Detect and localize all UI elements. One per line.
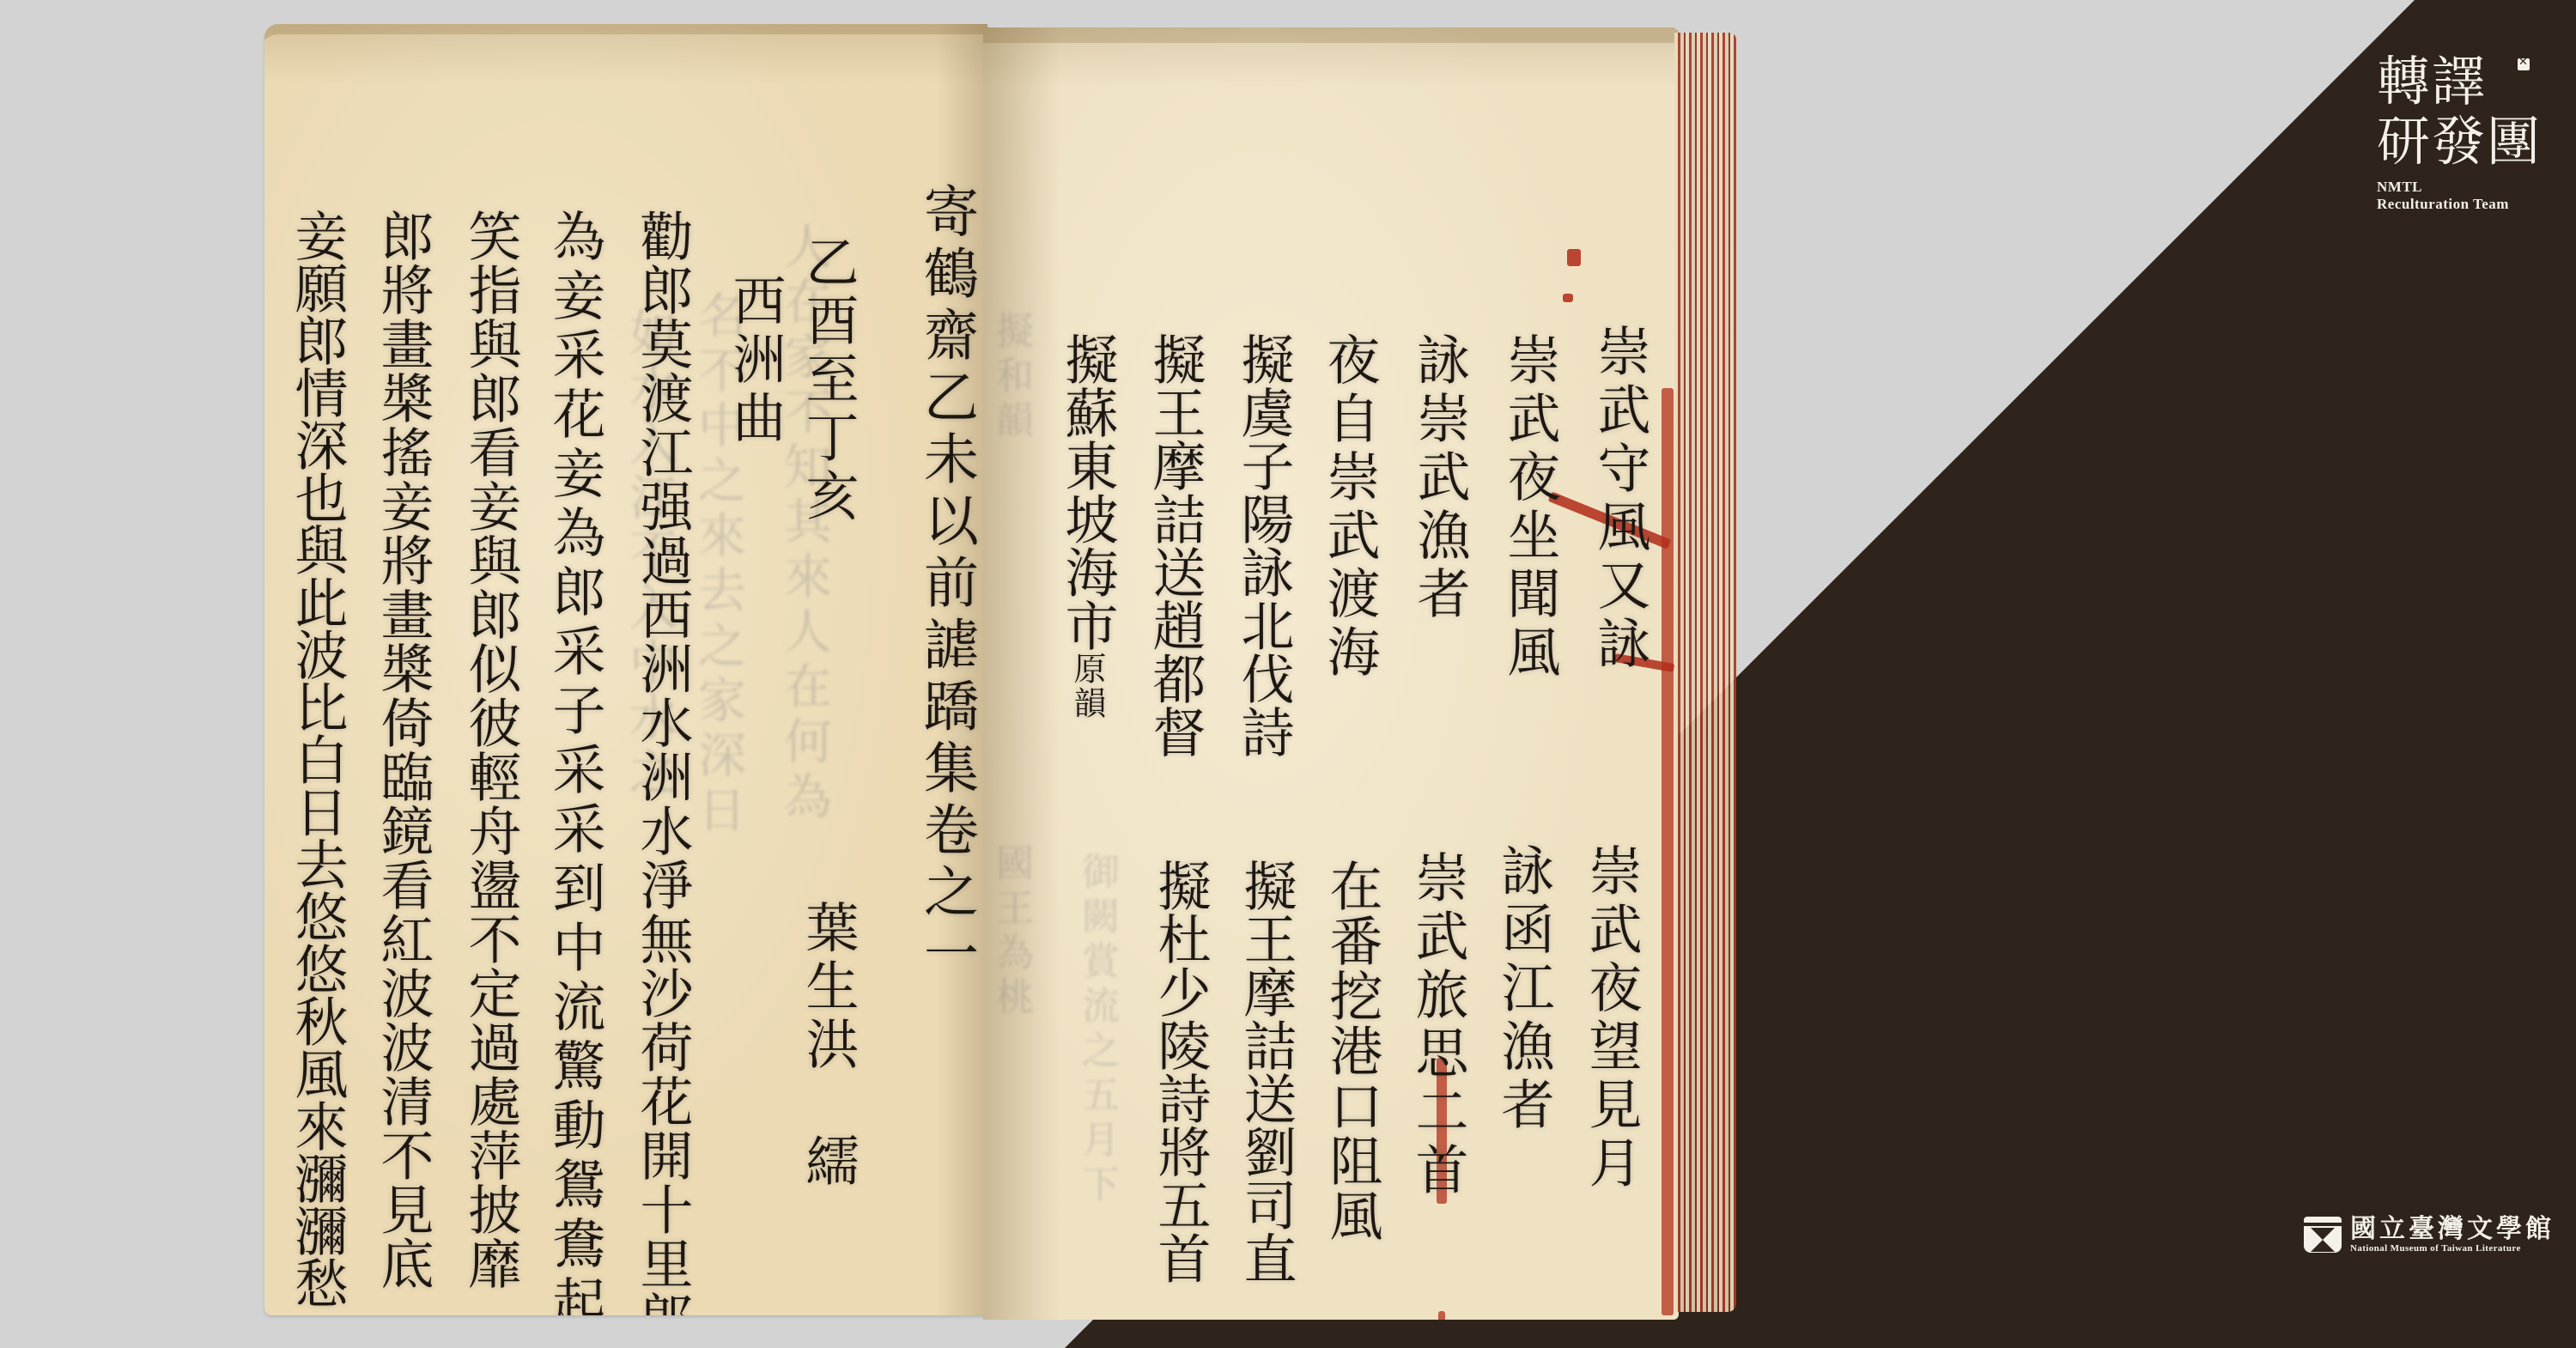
poem-line-4: 郎將畫槳搖妾將畫槳倚臨鏡看紅波波清不見底 bbox=[376, 209, 429, 1290]
poem-title: 西洲曲 bbox=[728, 273, 781, 448]
right-page: 擬和韻 國王為桃 御闕賞流之五月下 崇武守風又詠 崇武夜坐聞風 詠崇武漁者 夜自… bbox=[983, 27, 1679, 1320]
logo-zh-line-1: 轉譯 bbox=[2377, 52, 2566, 112]
logo-en-line-2: Reculturation Team bbox=[2377, 196, 2566, 213]
museum-name-zh: 國立臺灣文學館 bbox=[2350, 1216, 2555, 1243]
vermilion-dot bbox=[1563, 294, 1573, 302]
volume-title: 寄鶴齋乙未以前謔蹻集卷之一 bbox=[919, 183, 974, 987]
vermilion-dot bbox=[1438, 1311, 1445, 1320]
left-page: 人在家不知其來人在何為 名不中之來去之家深日 如水入江不入中水之 寄鶴齋乙未以前… bbox=[264, 24, 987, 1315]
entry-top-1: 崇武守風又詠 bbox=[1593, 324, 1646, 674]
author-name: 葉生洪 繻 bbox=[801, 900, 854, 1192]
poem-line-1: 勸郎莫渡江强過西洲水洲水淨無沙荷花開十里郎 bbox=[635, 209, 689, 1315]
logo-en-line-1: NMTL bbox=[2377, 179, 2566, 196]
vermilion-margin-line bbox=[1662, 388, 1674, 1315]
entry-bottom-3: 崇武旅思二首 bbox=[1411, 850, 1464, 1200]
open-manuscript-book: 人在家不知其來人在何為 名不中之來去之家深日 如水入江不入中水之 寄鶴齋乙未以前… bbox=[0, 0, 2576, 1348]
bleed-through-text: 御闕賞流之五月下 bbox=[1078, 852, 1115, 1209]
date-range: 乙酉至丁亥 bbox=[801, 234, 854, 526]
entry-top-7-note: 原韻 bbox=[1068, 652, 1106, 720]
entry-bottom-5: 擬王摩詰送劉司直 bbox=[1239, 859, 1292, 1284]
entry-bottom-1: 崇武夜望見月 bbox=[1584, 843, 1637, 1193]
nmtl-mini-emblem-icon bbox=[2518, 58, 2530, 70]
entry-bottom-4: 在番挖港口阻風 bbox=[1325, 859, 1378, 1243]
poem-line-5: 妾願郎情深也與此波比白日去悠悠秋風來瀰瀰愁 bbox=[290, 209, 343, 1309]
poem-line-2: 為妾采花妾為郎采子采采到中流驚動鴛鴦起 bbox=[548, 209, 601, 1315]
nmtl-emblem-icon bbox=[2304, 1217, 2342, 1253]
entry-bottom-2: 詠函江漁者 bbox=[1497, 843, 1550, 1135]
logo-zh-line-2: 研發團 bbox=[2377, 112, 2566, 172]
entry-top-3: 詠崇武漁者 bbox=[1413, 332, 1466, 624]
museum-logo: 國立臺灣文學館 National Museum of Taiwan Litera… bbox=[2304, 1213, 2555, 1256]
entry-top-5: 擬虞子陽詠北伐詩 bbox=[1236, 332, 1290, 758]
museum-name-en: National Museum of Taiwan Literature bbox=[2350, 1243, 2555, 1254]
entry-bottom-6: 擬杜少陵詩將五首 bbox=[1153, 859, 1206, 1284]
reculturation-team-logo: 轉譯 研發團 NMTL Reculturation Team bbox=[2377, 52, 2566, 213]
gutter-shadow bbox=[983, 27, 1060, 1320]
stacked-page-edges bbox=[1674, 33, 1736, 1312]
bleed-through-text: 國王為桃 bbox=[992, 843, 1030, 1022]
entry-top-7-title: 擬蘇東坡海市 bbox=[1056, 332, 1119, 652]
entry-top-7: 擬蘇東坡海市原韻 bbox=[1060, 332, 1114, 720]
entry-top-6: 擬王摩詰送趙都督 bbox=[1148, 332, 1201, 758]
entry-top-4: 夜自崇武渡海 bbox=[1322, 332, 1376, 683]
vermilion-dot bbox=[1567, 249, 1581, 266]
bleed-through-text: 擬和韻 bbox=[992, 311, 1030, 445]
entry-top-2: 崇武夜坐聞風 bbox=[1503, 332, 1556, 683]
poem-line-3: 笑指與郎看妾與郎似彼輕舟盪不定過處萍披靡 bbox=[464, 209, 517, 1290]
